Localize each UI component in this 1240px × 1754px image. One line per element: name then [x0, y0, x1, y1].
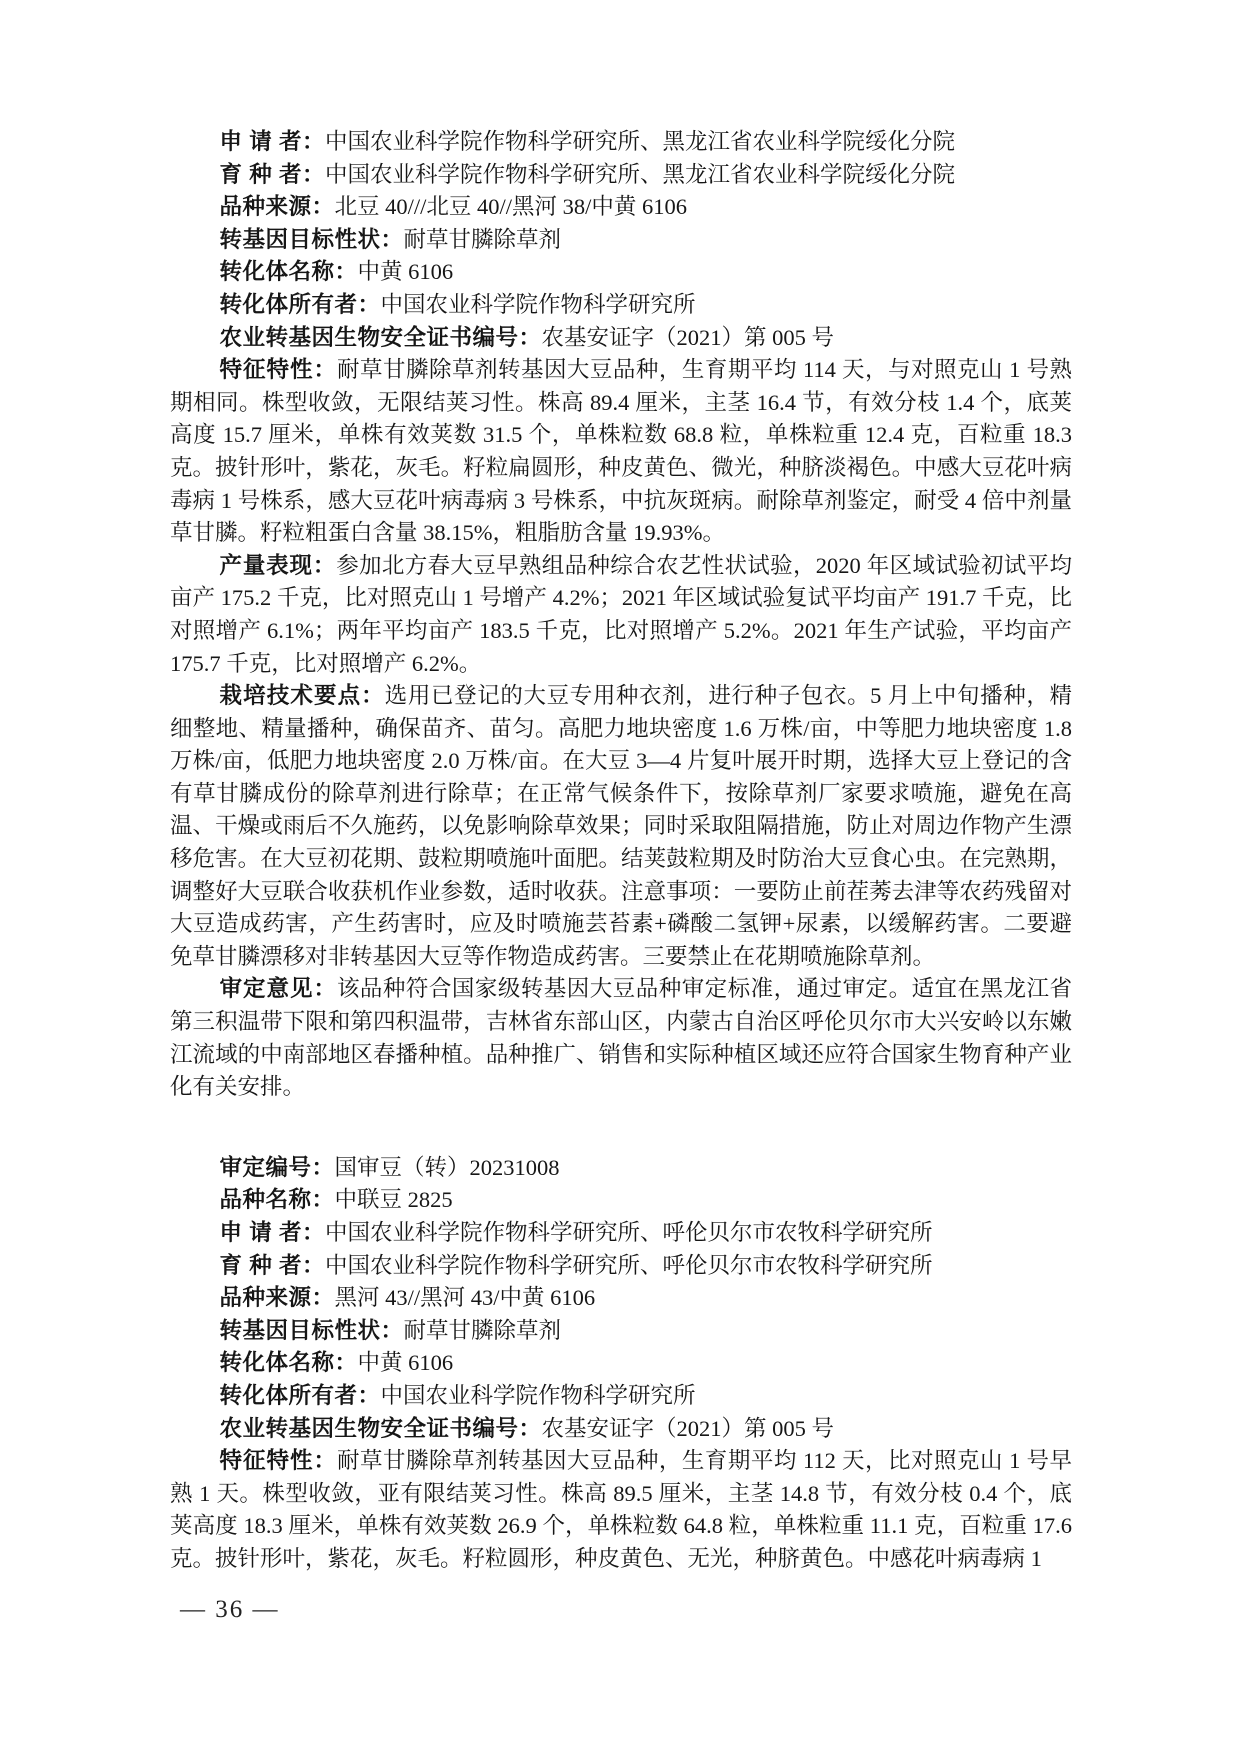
field-transformant-name: 转化体名称：中黄 6106 — [170, 256, 1072, 289]
field-variety-origin-2-label: 品种来源： — [220, 1285, 335, 1310]
field-variety-origin: 品种来源：北豆 40///北豆 40//黑河 38/中黄 6106 — [170, 191, 1072, 224]
field-gm-trait: 转基因目标性状：耐草甘膦除草剂 — [170, 224, 1072, 257]
field-transformant-owner-2-label: 转化体所有者： — [220, 1383, 381, 1408]
paragraph-cultivation-points-text: 选用已登记的大豆专用种衣剂，进行种子包衣。5 月上中旬播种，精细整地、精量播种，… — [170, 683, 1072, 969]
field-variety-origin-label: 品种来源： — [220, 194, 335, 219]
field-applicant-2-label: 申 请 者： — [220, 1220, 326, 1245]
paragraph-approval-opinion: 审定意见：该品种符合国家级转基因大豆品种审定标准，通过审定。适宜在黑龙江省第三积… — [170, 973, 1072, 1103]
field-transformant-owner-2: 转化体所有者：中国农业科学院作物科学研究所 — [170, 1380, 1072, 1413]
field-variety-name-label: 品种名称： — [220, 1187, 335, 1212]
field-gm-trait-label: 转基因目标性状： — [220, 227, 404, 252]
field-approval-number-value: 国审豆（转）20231008 — [335, 1155, 560, 1180]
field-gm-trait-2-value: 耐草甘膦除草剂 — [404, 1318, 562, 1343]
paragraph-characteristics-2: 特征特性：耐草甘膦除草剂转基因大豆品种，生育期平均 112 天，比对照克山 1 … — [170, 1445, 1072, 1575]
paragraph-cultivation-points: 栽培技术要点：选用已登记的大豆专用种衣剂，进行种子包衣。5 月上中旬播种，精细整… — [170, 680, 1072, 973]
field-transformant-name-2: 转化体名称：中黄 6106 — [170, 1347, 1072, 1380]
field-breeder-2-label: 育 种 者： — [220, 1253, 326, 1278]
variety-entry-2: 审定编号：国审豆（转）20231008 品种名称：中联豆 2825 申 请 者：… — [170, 1152, 1072, 1576]
field-variety-origin-2: 品种来源：黑河 43//黑河 43/中黄 6106 — [170, 1282, 1072, 1315]
document-body: 申 请 者：中国农业科学院作物科学研究所、黑龙江省农业科学院绥化分院 育 种 者… — [170, 126, 1072, 1576]
field-breeder: 育 种 者：中国农业科学院作物科学研究所、黑龙江省农业科学院绥化分院 — [170, 159, 1072, 192]
field-approval-number-label: 审定编号： — [220, 1155, 335, 1180]
field-transformant-owner-2-value: 中国农业科学院作物科学研究所 — [381, 1383, 696, 1408]
field-transformant-owner-value: 中国农业科学院作物科学研究所 — [381, 292, 696, 317]
field-gm-trait-2: 转基因目标性状：耐草甘膦除草剂 — [170, 1315, 1072, 1348]
field-variety-name: 品种名称：中联豆 2825 — [170, 1184, 1072, 1217]
field-approval-number: 审定编号：国审豆（转）20231008 — [170, 1152, 1072, 1185]
paragraph-characteristics-2-label: 特征特性： — [220, 1448, 337, 1473]
field-transformant-name-value: 中黄 6106 — [358, 259, 454, 284]
field-safety-certificate-label: 农业转基因生物安全证书编号： — [220, 325, 542, 350]
paragraph-yield-performance: 产量表现：参加北方春大豆早熟组品种综合农艺性状试验，2020 年区域试验初试平均… — [170, 550, 1072, 680]
field-breeder-value: 中国农业科学院作物科学研究所、黑龙江省农业科学院绥化分院 — [325, 162, 955, 187]
paragraph-characteristics-label: 特征特性： — [220, 357, 337, 382]
document-page: 申 请 者：中国农业科学院作物科学研究所、黑龙江省农业科学院绥化分院 育 种 者… — [0, 0, 1240, 1754]
field-variety-origin-2-value: 黑河 43//黑河 43/中黄 6106 — [335, 1285, 596, 1310]
field-applicant-value: 中国农业科学院作物科学研究所、黑龙江省农业科学院绥化分院 — [325, 129, 955, 154]
paragraph-characteristics: 特征特性：耐草甘膦除草剂转基因大豆品种，生育期平均 114 天，与对照克山 1 … — [170, 354, 1072, 550]
field-applicant: 申 请 者：中国农业科学院作物科学研究所、黑龙江省农业科学院绥化分院 — [170, 126, 1072, 159]
field-breeder-2: 育 种 者：中国农业科学院作物科学研究所、呼伦贝尔市农牧科学研究所 — [170, 1250, 1072, 1283]
page-number: — 36 — — [180, 1596, 280, 1624]
field-breeder-label: 育 种 者： — [220, 162, 326, 187]
field-variety-name-value: 中联豆 2825 — [335, 1187, 453, 1212]
field-applicant-label: 申 请 者： — [220, 129, 326, 154]
field-transformant-name-2-label: 转化体名称： — [220, 1350, 358, 1375]
field-safety-certificate-2: 农业转基因生物安全证书编号：农基安证字（2021）第 005 号 — [170, 1413, 1072, 1446]
field-transformant-name-label: 转化体名称： — [220, 259, 358, 284]
field-variety-origin-value: 北豆 40///北豆 40//黑河 38/中黄 6106 — [335, 194, 688, 219]
paragraph-cultivation-points-label: 栽培技术要点： — [220, 683, 385, 708]
field-safety-certificate-2-label: 农业转基因生物安全证书编号： — [220, 1416, 542, 1441]
variety-entry-1: 申 请 者：中国农业科学院作物科学研究所、黑龙江省农业科学院绥化分院 育 种 者… — [170, 126, 1072, 1104]
field-transformant-owner-label: 转化体所有者： — [220, 292, 381, 317]
field-safety-certificate-value: 农基安证字（2021）第 005 号 — [542, 325, 835, 350]
field-transformant-name-2-value: 中黄 6106 — [358, 1350, 454, 1375]
field-applicant-2-value: 中国农业科学院作物科学研究所、呼伦贝尔市农牧科学研究所 — [325, 1220, 933, 1245]
paragraph-characteristics-text: 耐草甘膦除草剂转基因大豆品种，生育期平均 114 天，与对照克山 1 号熟期相同… — [170, 357, 1072, 545]
paragraph-approval-opinion-label: 审定意见： — [220, 976, 337, 1001]
field-gm-trait-value: 耐草甘膦除草剂 — [404, 227, 562, 252]
field-safety-certificate-2-value: 农基安证字（2021）第 005 号 — [542, 1416, 835, 1441]
field-transformant-owner: 转化体所有者：中国农业科学院作物科学研究所 — [170, 289, 1072, 322]
field-gm-trait-2-label: 转基因目标性状： — [220, 1318, 404, 1343]
field-safety-certificate: 农业转基因生物安全证书编号：农基安证字（2021）第 005 号 — [170, 322, 1072, 355]
paragraph-yield-performance-label: 产量表现： — [220, 553, 337, 578]
field-breeder-2-value: 中国农业科学院作物科学研究所、呼伦贝尔市农牧科学研究所 — [325, 1253, 933, 1278]
field-applicant-2: 申 请 者：中国农业科学院作物科学研究所、呼伦贝尔市农牧科学研究所 — [170, 1217, 1072, 1250]
